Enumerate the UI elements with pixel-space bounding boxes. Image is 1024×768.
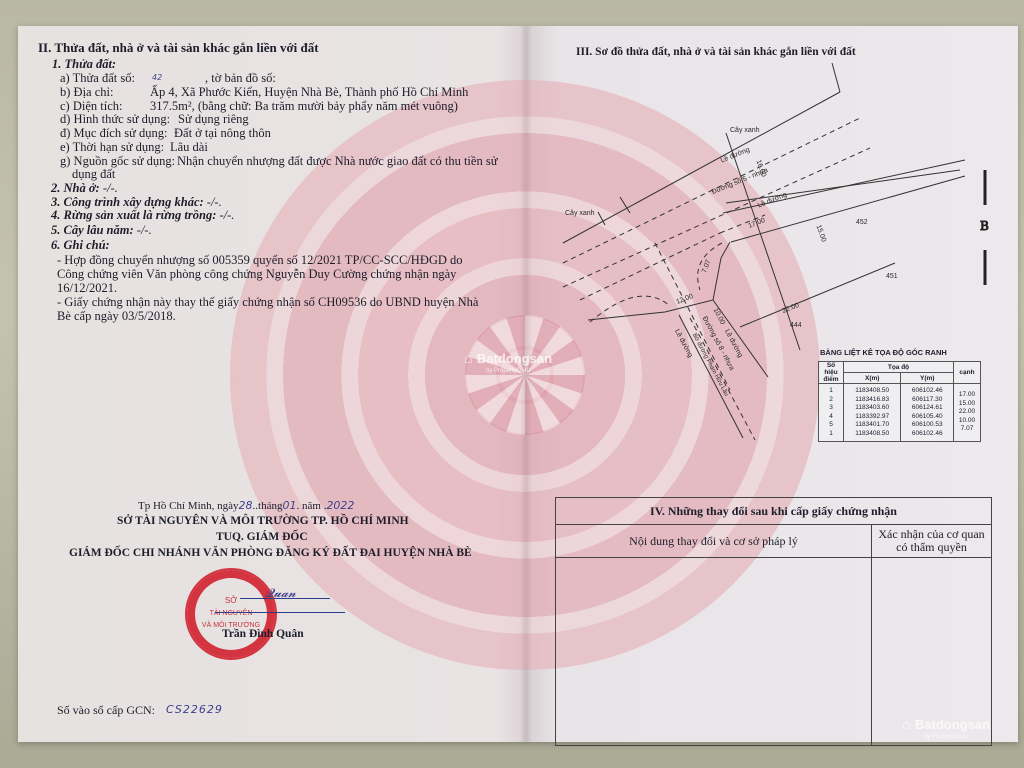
on-behalf-title: TUQ. GIÁM ĐỐC (216, 530, 308, 544)
y-cell: 606124.61 (902, 404, 952, 413)
point-cell: 2 (820, 396, 842, 405)
watermark-brand: Batdongsan (915, 717, 990, 732)
x-cell: 1183392.97 (845, 413, 899, 422)
header-edge: cạnh (954, 362, 981, 384)
parcel-451: 451 (886, 273, 898, 280)
area-value: 317.5m², (bằng chữ: Ba trăm mười bảy phẩ… (150, 99, 458, 113)
watermark-brand: Batdongsan (477, 351, 552, 366)
changes-table-title: IV. Những thay đổi sau khi cấp giấy chứn… (556, 498, 992, 525)
header-coordinates: Tọa độ (844, 362, 954, 373)
other-construction-label: 3. Công trình xây dựng khác: (51, 195, 204, 209)
authority-name: SỞ TÀI NGUYÊN VÀ MÔI TRƯỜNG TP. HỒ CHÍ M… (117, 514, 409, 528)
land-parcel-heading: 1. Thửa đất: (52, 57, 116, 71)
registry-number: CS22629 (166, 703, 223, 717)
changes-content-cell (556, 558, 872, 746)
watermark-logo-icon: ⌂ (464, 350, 472, 366)
date-month: 01 (282, 499, 296, 512)
label-tree-left: Cây xanh (565, 210, 595, 217)
note-line: Công chứng viên Văn phòng công chứng Ngu… (57, 267, 456, 281)
x-cell: 1183403.60 (845, 404, 899, 413)
edge-cell: 7.07 (955, 425, 979, 434)
date-year: 2022 (326, 499, 354, 512)
watermark-sub: by PropertyGuru (924, 734, 990, 740)
house-label: 2. Nhà ở: (51, 181, 100, 195)
note-line: 16/12/2021. (57, 281, 117, 295)
year-label: năm (302, 500, 321, 512)
note-line: - Giấy chứng nhận này thay thế giấy chứn… (57, 295, 478, 309)
house-value: -/-. (103, 181, 118, 195)
signature-stroke (215, 612, 345, 613)
watermark-logo-icon: ⌂ (902, 716, 910, 732)
y-cell: 606102.46 (902, 430, 952, 439)
edge-cell: 10.00 (955, 417, 979, 426)
house-row: 2. Nhà ở: -/-. (51, 181, 118, 195)
point-cell: 5 (820, 421, 842, 430)
parcel-number-label: a) Thửa đất số: (60, 71, 135, 85)
official-red-stamp: SỞ TÀI NGUYÊN VÀ MÔI TRƯỜNG (185, 568, 277, 660)
use-purpose-label: đ) Mục đích sử dụng: (60, 126, 167, 140)
notes-heading: 6. Ghi chú: (51, 238, 110, 252)
planted-forest-value: -/-. (220, 208, 235, 222)
perennial-trees-value: -/-. (137, 223, 152, 237)
edge-column: 17.00 15.00 22.00 10.00 7.07 (954, 384, 981, 442)
planted-forest-row: 4. Rừng sản xuất là rừng trồng: -/-. (51, 208, 234, 222)
section-iii-title: III. Sơ đồ thửa đất, nhà ở và tài sản kh… (576, 45, 856, 59)
watermark-sub: by PropertyGuru (486, 368, 552, 374)
origin-value-line1: Nhận chuyển nhượng đất được Nhà nước gia… (177, 154, 497, 168)
parcel-452: 452 (856, 219, 868, 226)
page-fold (520, 26, 532, 742)
y-cell: 606102.46 (902, 387, 952, 396)
x-cell: 1183408.50 (845, 387, 899, 396)
coordinate-table-title: BẢNG LIỆT KÊ TỌA ĐỘ GÓC RANH (820, 348, 947, 357)
x-cell: 1183401.70 (845, 421, 899, 430)
label-tree-top: Cây xanh (730, 127, 760, 134)
edge-cell: 22.00 (955, 408, 979, 417)
y-column: 606102.46 606117.30 606124.61 606105.40 … (901, 384, 954, 442)
header-point: Số hiệu điểm (819, 362, 844, 384)
header-y: Y(m) (901, 373, 954, 384)
coordinate-table: Số hiệu điểm Tọa độ cạnh X(m) Y(m) 1 2 3… (818, 361, 981, 442)
signer-name: Trần Đình Quân (222, 627, 304, 641)
point-cell: 4 (820, 413, 842, 422)
parcel-number-value: 42 (152, 71, 162, 85)
address-label: b) Địa chỉ: (60, 85, 113, 99)
other-construction-value: -/-. (207, 195, 222, 209)
registry-label: Số vào sổ cấp GCN: (57, 703, 155, 717)
use-term-value: Lâu dài (170, 140, 208, 154)
planted-forest-label: 4. Rừng sản xuất là rừng trồng: (51, 208, 216, 222)
place-date-line: Tp Hồ Chí Minh, ngày28..tháng01. năm .20… (138, 499, 354, 513)
point-cell: 3 (820, 404, 842, 413)
month-label: tháng (258, 500, 282, 512)
header-x: X(m) (844, 373, 901, 384)
origin-value-line2: dụng đất (72, 167, 115, 181)
changes-col-confirmation: Xác nhận của cơ quan có thẩm quyền (872, 525, 992, 558)
date-day: 28 (239, 499, 253, 512)
y-cell: 606117.30 (902, 396, 952, 405)
y-cell: 606105.40 (902, 413, 952, 422)
changes-table: IV. Những thay đổi sau khi cấp giấy chứn… (555, 497, 992, 746)
place-date-prefix: Tp Hồ Chí Minh, ngày (138, 500, 239, 512)
parcel-444: 444 (790, 322, 802, 329)
signer-position: GIÁM ĐỐC CHI NHÁNH VĂN PHÒNG ĐĂNG KÝ ĐẤT… (69, 546, 472, 560)
other-construction-row: 3. Công trình xây dựng khác: -/-. (51, 195, 222, 209)
map-sheet-label: , tờ bản đồ số: (205, 71, 276, 85)
point-column: 1 2 3 4 5 1 (819, 384, 844, 442)
area-label: c) Diện tích: (60, 99, 122, 113)
x-column: 1183408.50 1183416.83 1183403.60 1183392… (844, 384, 901, 442)
use-form-label: d) Hình thức sử dụng: (60, 112, 170, 126)
perennial-trees-row: 5. Cây lâu năm: -/-. (51, 223, 152, 237)
x-cell: 1183416.83 (845, 396, 899, 405)
x-cell: 1183408.50 (845, 430, 899, 439)
y-cell: 606100.53 (902, 421, 952, 430)
edge-cell: 17.00 (955, 391, 979, 400)
use-purpose-value: Đất ở tại nông thôn (174, 126, 271, 140)
note-line: Bè cấp ngày 03/5/2018. (57, 309, 176, 323)
edge-cell: 15.00 (955, 400, 979, 409)
changes-col-content: Nội dung thay đổi và cơ sở pháp lý (556, 525, 872, 558)
point-cell: 1 (820, 430, 842, 439)
use-form-value: Sử dụng riêng (178, 112, 249, 126)
section-ii-title: II. Thửa đất, nhà ở và tài sản khác gắn … (38, 41, 319, 55)
address-value: Ấp 4, Xã Phước Kiển, Huyện Nhà Bè, Thành… (150, 85, 468, 99)
origin-label: g) Nguồn gốc sử dụng: (60, 154, 175, 168)
watermark-center: ⌂ Batdongsan by PropertyGuru (464, 350, 552, 374)
watermark-corner: ⌂ Batdongsan by PropertyGuru (902, 716, 990, 740)
use-term-label: e) Thời hạn sử dụng: (60, 140, 164, 154)
perennial-trees-label: 5. Cây lâu năm: (51, 223, 134, 237)
note-line: - Hợp đồng chuyển nhượng số 005359 quyển… (57, 253, 463, 267)
handwritten-signature: 𝓠𝓾𝓪𝓷 (265, 586, 296, 600)
confirmation-line2: có thẩm quyền (873, 541, 990, 554)
point-cell: 1 (820, 387, 842, 396)
